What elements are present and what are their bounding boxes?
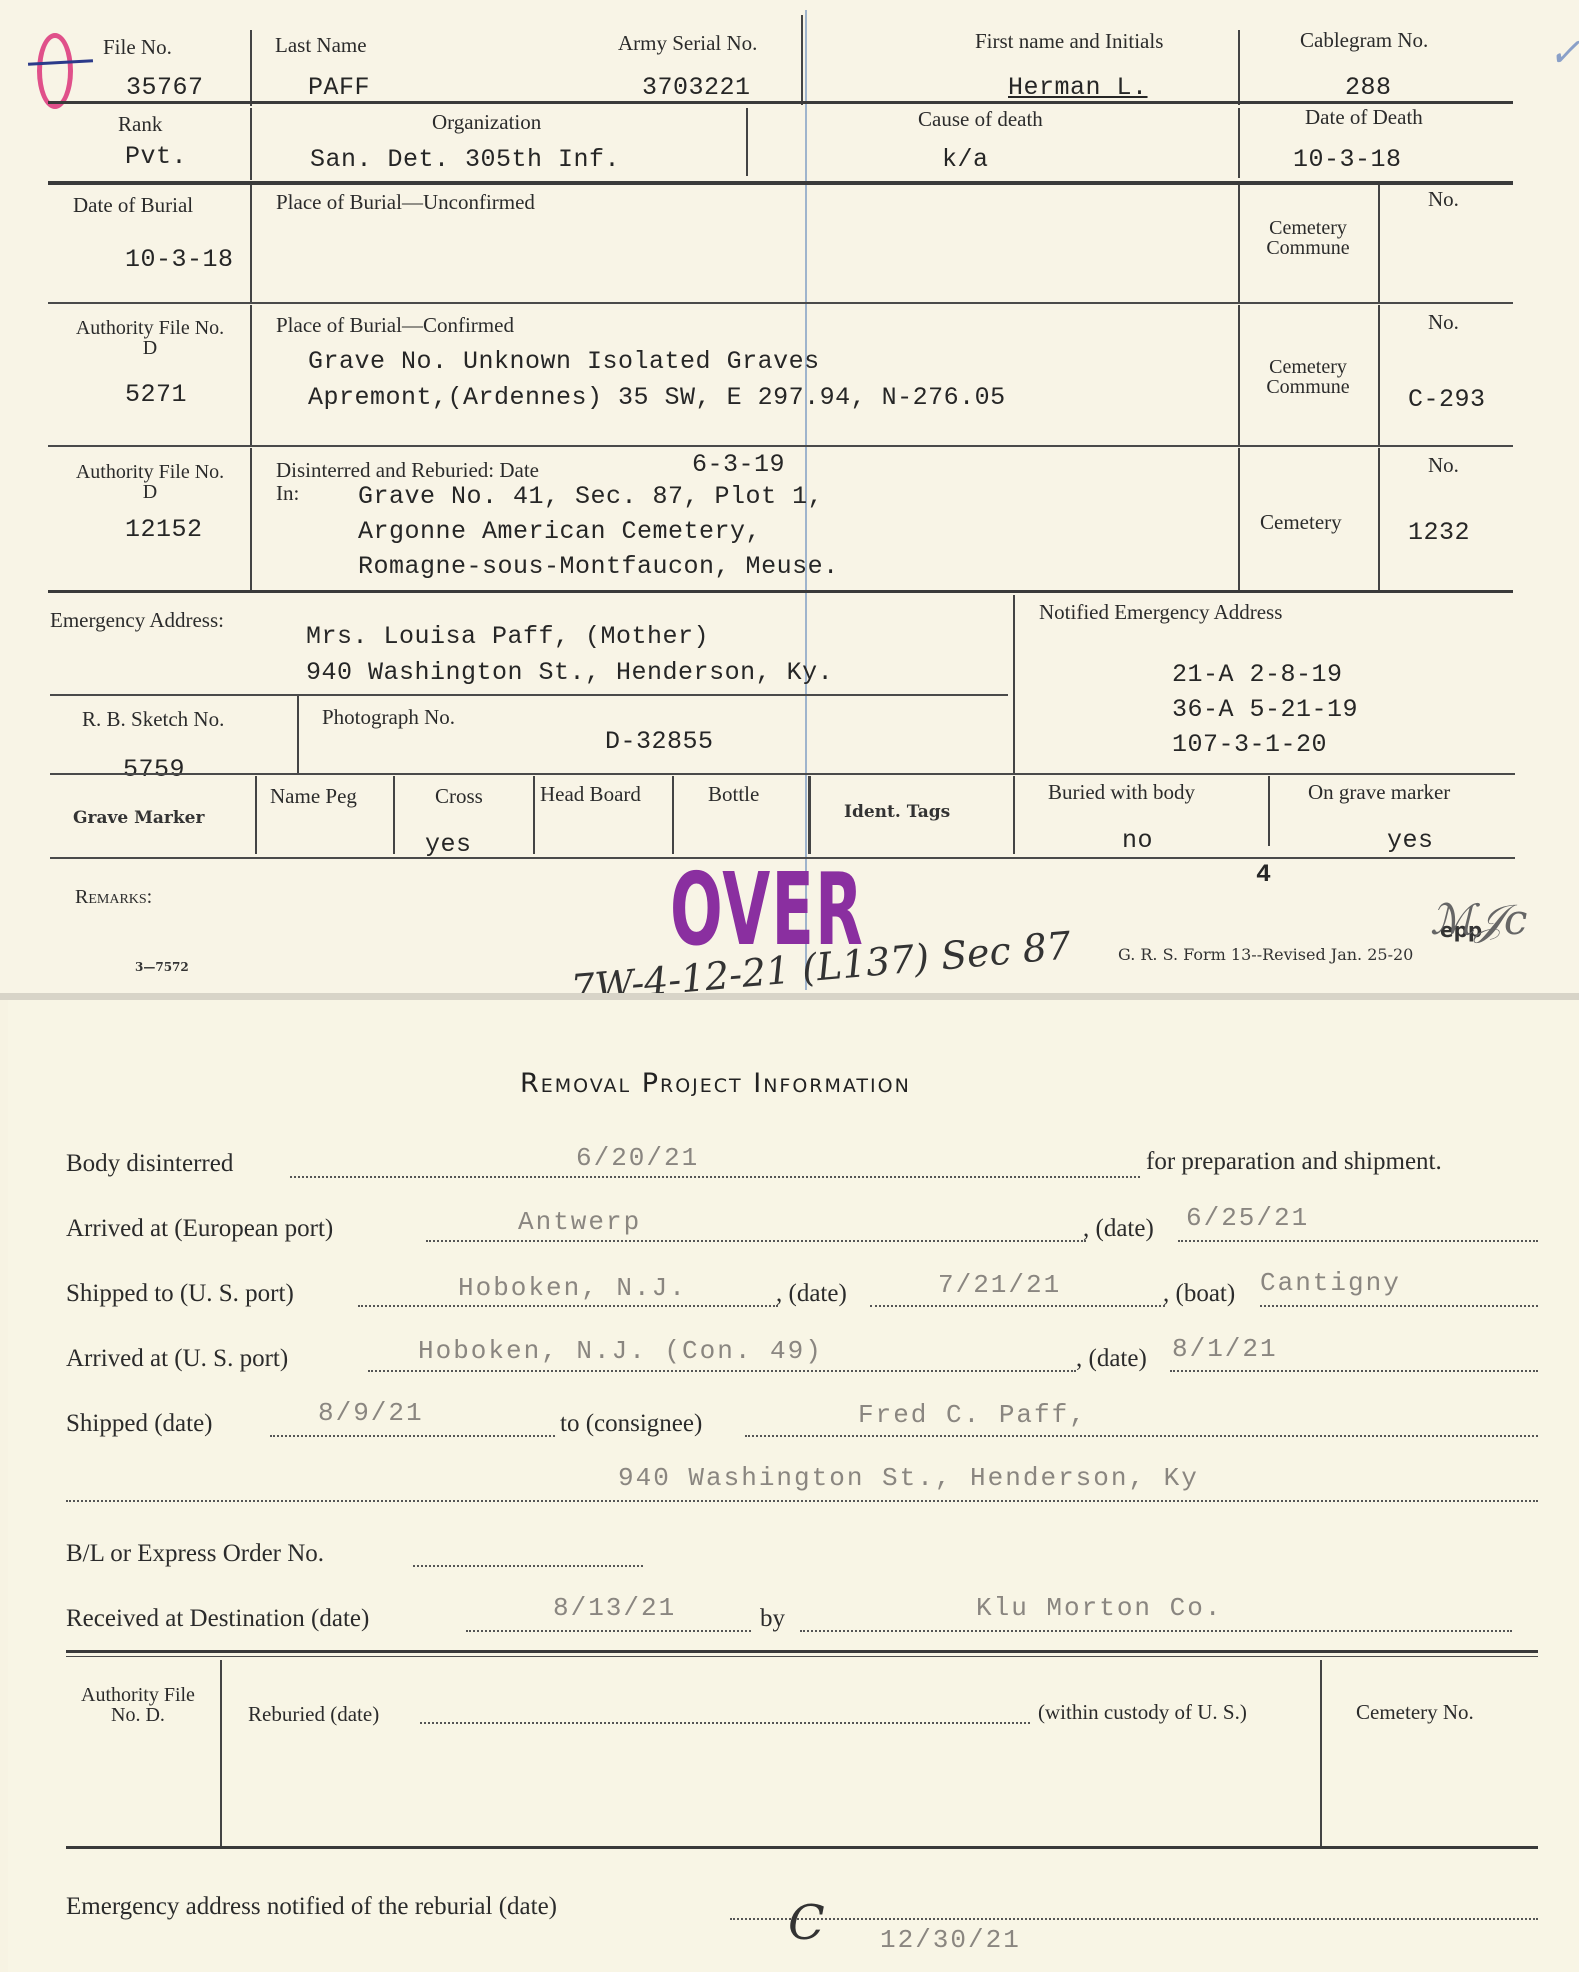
divider: [1238, 30, 1240, 105]
remarks-label: Remarks:: [75, 886, 152, 909]
body-disinterred-label: Body disinterred: [66, 1150, 233, 1178]
first-name-value: Herman L.: [1008, 73, 1148, 102]
cemetery-commune-label: Cemetery Commune: [1253, 357, 1363, 397]
reburied-date-label: Reburied (date): [248, 1702, 379, 1727]
fill-line: [730, 1918, 1538, 1920]
authority-file-label: Authority File No. D.: [68, 1685, 208, 1725]
rule: [48, 445, 1513, 447]
rule: [48, 101, 1513, 104]
divider: [393, 776, 395, 854]
arrived-european-value: Antwerp: [518, 1207, 641, 1237]
divider: [1320, 1660, 1322, 1846]
fill-line: [466, 1630, 751, 1632]
arrived-us-port-value: Hoboken, N.J. (Con. 49): [418, 1336, 823, 1366]
rule: [48, 181, 1513, 185]
photograph-value: D-32855: [605, 727, 714, 756]
emergency-notified-label: Emergency address notified of the reburi…: [66, 1893, 557, 1921]
fill-line: [420, 1722, 1030, 1724]
rule: [50, 694, 1008, 696]
fill-line: [290, 1176, 1140, 1178]
body-disinterred-suffix: for preparation and shipment.: [1146, 1148, 1442, 1176]
consignee-label: to (consignee): [560, 1410, 702, 1438]
rule: [50, 773, 1515, 775]
date-label: , (date): [1076, 1345, 1147, 1373]
fill-line: [368, 1370, 1076, 1372]
army-serial-label: Army Serial No.: [618, 31, 757, 56]
file-no-label: File No.: [103, 35, 172, 60]
cause-of-death-value: k/a: [942, 145, 989, 174]
no-label: No.: [1428, 453, 1459, 478]
divider: [1238, 448, 1240, 590]
fill-line: [1260, 1305, 1538, 1307]
rule: [66, 1656, 1538, 1657]
grave-marker-label: Grave Marker: [73, 808, 204, 828]
divider: [220, 1660, 222, 1846]
burial-confirmed-label: Place of Burial—Confirmed: [276, 313, 514, 338]
reburied-date: 6-3-19: [692, 450, 785, 479]
consignee-address: 940 Washington St., Henderson, Ky: [618, 1463, 1199, 1493]
rb-sketch-label: R. B. Sketch No.: [82, 707, 224, 732]
photograph-label: Photograph No.: [322, 705, 455, 730]
bl-order-label: B/L or Express Order No.: [66, 1540, 324, 1568]
cemetery-label: Cemetery: [1260, 510, 1342, 535]
divider: [1238, 108, 1240, 178]
cablegram-label: Cablegram No.: [1300, 28, 1428, 53]
divider: [672, 776, 674, 854]
fill-line: [270, 1435, 555, 1437]
date-label: , (date): [1083, 1215, 1154, 1243]
last-name-value: PAFF: [308, 73, 370, 102]
handwritten-c-mark: C: [788, 1895, 825, 1951]
emergency-notified-date: 12/30/21: [880, 1925, 1021, 1955]
rule: [48, 590, 1513, 593]
divider: [1013, 776, 1015, 854]
divider: [746, 108, 748, 176]
ident-tags-label: Ident. Tags: [844, 802, 950, 822]
cemetery-no-value: 1232: [1408, 518, 1470, 547]
divider: [1238, 185, 1240, 303]
date-of-death-label: Date of Death: [1305, 105, 1423, 130]
shipped-date-label: Shipped (date): [66, 1410, 212, 1438]
authority-file-label: Authority File No. D: [70, 462, 230, 502]
no-label: No.: [1428, 187, 1459, 212]
fill-line: [413, 1565, 643, 1567]
on-grave-marker-value: yes: [1387, 826, 1434, 855]
shipped-us-port-value: Hoboken, N.J.: [458, 1273, 687, 1303]
divider: [1378, 448, 1380, 590]
shipped-us-port-label: Shipped to (U. S. port): [66, 1280, 294, 1308]
burial-unconfirmed-label: Place of Burial—Unconfirmed: [276, 190, 535, 215]
arrived-us-port-label: Arrived at (U. S. port): [66, 1345, 288, 1373]
removal-project-card: Removal Project Information Body disinte…: [8, 1000, 1579, 1972]
buried-with-body-label: Buried with body: [1048, 780, 1195, 805]
cablegram-value: 288: [1345, 73, 1392, 102]
body-disinterred-value: 6/20/21: [576, 1143, 699, 1173]
reburied-line1: Grave No. 41, Sec. 87, Plot 1,: [358, 482, 823, 511]
date-label: , (date): [776, 1280, 847, 1308]
army-serial-value: 3703221: [642, 73, 751, 102]
emergency-address-line1: Mrs. Louisa Paff, (Mother): [306, 622, 709, 651]
reburied-label: Disinterred and Reburied: Date: [276, 458, 539, 483]
card-separator: [0, 993, 1579, 1000]
received-date: 8/13/21: [553, 1593, 676, 1623]
divider: [533, 776, 535, 854]
file-no-value: 35767: [126, 73, 204, 102]
divider: [1378, 185, 1380, 303]
fill-line: [66, 1500, 1538, 1502]
fill-line: [870, 1305, 1165, 1307]
boat-value: Cantigny: [1260, 1268, 1401, 1298]
last-name-label: Last Name: [275, 33, 367, 58]
divider: [250, 30, 252, 106]
rank-value: Pvt.: [125, 142, 187, 171]
received-label: Received at Destination (date): [66, 1605, 369, 1633]
date-of-death-value: 10-3-18: [1293, 145, 1402, 174]
divider: [1013, 595, 1015, 773]
burial-confirmed-line1: Grave No. Unknown Isolated Graves: [308, 347, 820, 376]
arrived-us-port-date: 8/1/21: [1172, 1334, 1278, 1364]
received-by-value: Klu Morton Co.: [976, 1593, 1222, 1623]
cemetery-no-value: C-293: [1408, 385, 1486, 414]
divider: [250, 108, 252, 180]
bottle-label: Bottle: [708, 782, 759, 807]
burial-confirmed-line2: Apremont,(Ardennes) 35 SW, E 297.94, N-2…: [308, 383, 1006, 412]
buried-with-body-value: no: [1122, 826, 1153, 855]
rule: [66, 1650, 1538, 1653]
authority-file-value: 12152: [125, 515, 203, 544]
consignee-value: Fred C. Paff,: [858, 1400, 1087, 1430]
name-peg-label: Name Peg: [270, 784, 357, 809]
divider: [255, 776, 257, 854]
fill-line: [1178, 1240, 1538, 1242]
fill-line: [358, 1305, 778, 1307]
divider: [1378, 305, 1380, 445]
custody-label: (within custody of U. S.): [1038, 1700, 1247, 1725]
rule: [48, 302, 1513, 304]
fill-line: [426, 1240, 1086, 1242]
authority-file-label: Authority File No. D: [70, 318, 230, 358]
divider: [801, 15, 803, 105]
cross-label: Cross: [435, 784, 483, 809]
fill-line: [1170, 1370, 1538, 1372]
shipped-us-port-date: 7/21/21: [938, 1270, 1061, 1300]
burial-card-front: File No. 35767 Last Name PAFF Army Seria…: [0, 0, 1579, 993]
authority-file-value: 5271: [125, 380, 187, 409]
head-board-label: Head Board: [540, 782, 641, 807]
emergency-address-label: Emergency Address:: [50, 608, 224, 633]
cemetery-no-label: Cemetery No.: [1356, 1700, 1474, 1725]
first-name-label: First name and Initials: [975, 29, 1163, 54]
divider: [250, 448, 252, 590]
by-label: by: [760, 1605, 785, 1633]
rb-sketch-value: 5759: [123, 755, 185, 784]
fill-line: [800, 1630, 1512, 1632]
rule: [66, 1846, 1538, 1849]
divider: [250, 185, 252, 303]
rank-label: Rank: [118, 112, 162, 137]
divider: [1238, 305, 1240, 445]
divider: [808, 776, 811, 854]
circled-zero-mark: [37, 33, 73, 109]
divider: [1268, 776, 1270, 846]
organization-label: Organization: [432, 110, 541, 135]
reburied-line2: Argonne American Cemetery,: [358, 517, 761, 546]
date-of-burial-label: Date of Burial: [73, 193, 193, 218]
date-of-burial-value: 10-3-18: [125, 245, 234, 274]
reburied-line3: Romagne-sous-Montfaucon, Meuse.: [358, 552, 839, 581]
fill-line: [745, 1435, 1538, 1437]
boat-label: , (boat): [1163, 1280, 1235, 1308]
card-title: Removal Project Information: [520, 1068, 911, 1099]
notified-entry-3: 107-3-1-20: [1172, 730, 1327, 759]
print-code: 3—7572: [135, 960, 189, 974]
shipped-date-value: 8/9/21: [318, 1398, 424, 1428]
organization-value: San. Det. 305th Inf.: [310, 145, 620, 174]
page-number: 4: [1256, 860, 1272, 889]
no-label: No.: [1428, 310, 1459, 335]
cemetery-commune-label: Cemetery Commune: [1253, 218, 1363, 258]
in-label: In:: [276, 481, 299, 506]
divider: [250, 305, 252, 445]
checkmark-icon: ✓: [1548, 30, 1579, 76]
cause-of-death-label: Cause of death: [918, 107, 1043, 132]
arrived-european-date: 6/25/21: [1186, 1203, 1309, 1233]
emergency-address-line2: 940 Washington St., Henderson, Ky.: [306, 658, 833, 687]
on-grave-marker-label: On grave marker: [1308, 780, 1450, 805]
signature-mark: ℳ𝒥c: [1430, 895, 1527, 945]
notified-entry-2: 36-A 5-21-19: [1172, 695, 1358, 724]
notified-emergency-label: Notified Emergency Address: [1039, 600, 1282, 625]
form-footer: G. R. S. Form 13--Revised Jan. 25-20: [1118, 945, 1413, 964]
arrived-european-label: Arrived at (European port): [66, 1215, 333, 1243]
notified-entry-1: 21-A 2-8-19: [1172, 660, 1343, 689]
divider: [297, 696, 299, 774]
cross-value: yes: [425, 830, 472, 859]
